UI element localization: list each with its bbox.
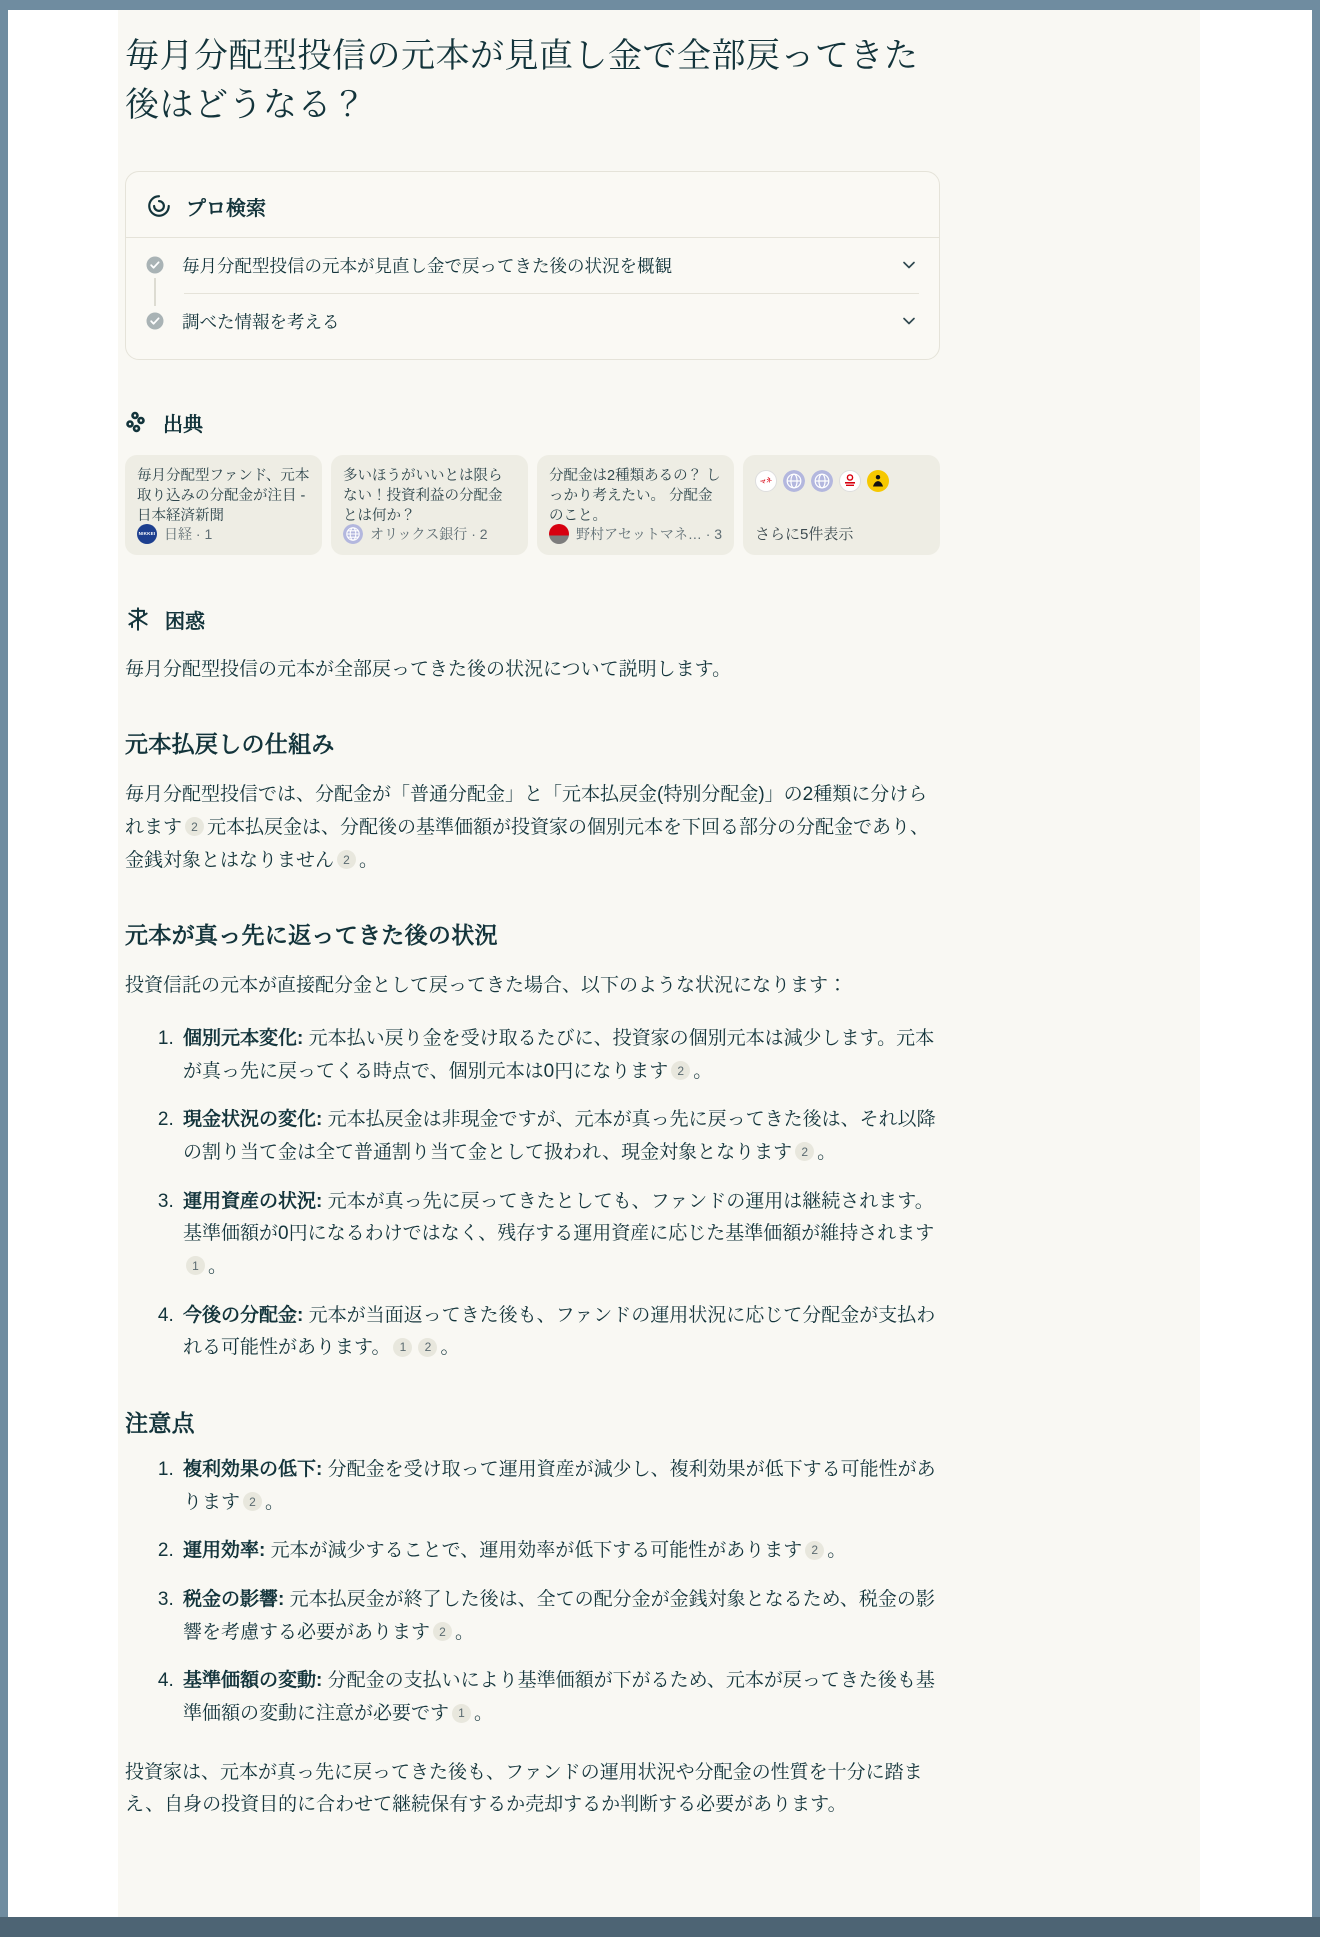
list-item: 複利効果の低下: 分配金を受け取って運用資産が減少し、複利効果が低下する可能性が… bbox=[179, 1454, 940, 1519]
list-item: 個別元本変化: 元本払い戻り金を受け取るたびに、投資家の個別元本は減少します。元… bbox=[179, 1023, 940, 1088]
browser-frame: 毎月分配型投信の元本が見直し金で全部戻ってきた後はどうなる？ プロ検索 bbox=[0, 0, 1320, 1937]
item-end: 。 bbox=[817, 1142, 836, 1163]
paragraph-text: 元本払戻金は、分配後の基準価額が投資家の個別元本を下回る部分の分配金であり、金銭… bbox=[125, 817, 929, 871]
more-sources-favicons: マネ bbox=[755, 470, 928, 492]
source-card-domain-label: 日経 · 1 bbox=[164, 524, 212, 544]
sources-section: 出典 毎月分配型ファンド、元本取り込みの分配金が注目 - 日本経済新聞 NIKK… bbox=[125, 408, 940, 555]
mufg-favicon bbox=[839, 470, 861, 492]
item-label: 今後の分配金: bbox=[183, 1305, 303, 1326]
citation-badge[interactable]: 2 bbox=[418, 1338, 437, 1357]
section-heading-mechanism: 元本払戻しの仕組み bbox=[125, 726, 940, 759]
sources-dots-icon bbox=[125, 410, 149, 434]
magazine-favicon: マネ bbox=[755, 470, 777, 492]
item-label: 税金の影響: bbox=[183, 1589, 284, 1610]
item-end: 。 bbox=[208, 1256, 227, 1277]
check-circle-icon bbox=[146, 256, 164, 274]
chevron-down-icon[interactable] bbox=[899, 311, 919, 331]
source-card-1[interactable]: 毎月分配型ファンド、元本取り込みの分配金が注目 - 日本経済新聞 NIKKEI … bbox=[125, 455, 322, 555]
answer-closing: 投資家は、元本が真っ先に戻ってきた後も、ファンドの運用状況や分配金の性質を十分に… bbox=[125, 1757, 940, 1822]
nikkei-favicon: NIKKEI bbox=[137, 524, 157, 544]
chevron-down-icon[interactable] bbox=[899, 255, 919, 275]
source-card-title: 毎月分配型ファンド、元本取り込みの分配金が注目 - 日本経済新聞 bbox=[137, 466, 310, 525]
citation-badge[interactable]: 1 bbox=[393, 1338, 412, 1357]
situation-list: 個別元本変化: 元本払い戻り金を受け取るたびに、投資家の個別元本は減少します。元… bbox=[125, 1023, 940, 1365]
left-gutter bbox=[8, 10, 118, 1917]
sources-header: 出典 bbox=[125, 408, 940, 437]
pro-search-step-label: 毎月分配型投信の元本が見直し金で戻ってきた後の状況を概観 bbox=[182, 253, 881, 278]
source-cards: 毎月分配型ファンド、元本取り込みの分配金が注目 - 日本経済新聞 NIKKEI … bbox=[125, 455, 940, 555]
pro-search-header: プロ検索 bbox=[146, 190, 919, 237]
list-item: 今後の分配金: 元本が当面返ってきた後も、ファンドの運用状況に応じて分配金が支払… bbox=[179, 1300, 940, 1365]
list-item: 運用資産の状況: 元本が真っ先に戻ってきたとしても、ファンドの運用は継続されます… bbox=[179, 1186, 940, 1284]
source-card-domain: オリックス銀行 · 2 bbox=[343, 524, 516, 544]
mechanism-paragraph: 毎月分配型投信では、分配金が「普通分配金」と「元本払戻金(特別分配金)」の2種類… bbox=[125, 779, 940, 877]
source-card-2[interactable]: 多いほうがいいとは限らない！投資利益の分配金とは何か？ bbox=[331, 455, 528, 555]
item-end: 。 bbox=[474, 1703, 493, 1724]
pro-search-step-2[interactable]: 調べた情報を考える bbox=[146, 294, 919, 349]
list-item: 運用効率: 元本が減少することで、運用効率が低下する可能性があります2。 bbox=[179, 1535, 940, 1568]
page: 毎月分配型投信の元本が見直し金で全部戻ってきた後はどうなる？ プロ検索 bbox=[8, 10, 1312, 1917]
source-card-title: 多いほうがいいとは限らない！投資利益の分配金とは何か？ bbox=[343, 466, 516, 525]
citation-badge[interactable]: 2 bbox=[795, 1142, 814, 1161]
pro-search-label: プロ検索 bbox=[186, 192, 266, 221]
answer-intro: 毎月分配型投信の元本が全部戻ってきた後の状況について説明します。 bbox=[125, 654, 940, 687]
section-heading-situation: 元本が真っ先に返ってきた後の状況 bbox=[125, 917, 940, 950]
cautions-list: 複利効果の低下: 分配金を受け取って運用資産が減少し、複利効果が低下する可能性が… bbox=[125, 1454, 940, 1731]
sources-heading: 出典 bbox=[163, 408, 203, 437]
main-content: 毎月分配型投信の元本が見直し金で全部戻ってきた後はどうなる？ プロ検索 bbox=[118, 10, 1200, 1917]
pro-search-step-1[interactable]: 毎月分配型投信の元本が見直し金で戻ってきた後の状況を概観 bbox=[146, 238, 919, 293]
citation-badge[interactable]: 2 bbox=[805, 1541, 824, 1560]
list-item: 現金状況の変化: 元本払戻金は非現金ですが、元本が真っ先に戻ってきた後は、それ以… bbox=[179, 1104, 940, 1169]
item-label: 複利効果の低下: bbox=[183, 1459, 322, 1480]
page-title: 毎月分配型投信の元本が見直し金で全部戻ってきた後はどうなる？ bbox=[125, 32, 940, 131]
source-card-domain: 野村アセットマネ… · 3 bbox=[549, 524, 722, 544]
item-text: 元本が減少することで、運用効率が低下する可能性があります bbox=[265, 1540, 802, 1561]
pro-search-swirl-icon bbox=[146, 193, 172, 219]
globe-favicon bbox=[811, 470, 833, 492]
situation-intro: 投資信託の元本が直接配分金として戻ってきた場合、以下のような状況になります： bbox=[125, 970, 940, 1003]
item-end: 。 bbox=[693, 1061, 712, 1082]
source-card-3[interactable]: 分配金は2種類あるの？ しっかり考えたい。 分配金のこと。 野村アセットマネ… … bbox=[537, 455, 734, 555]
citation-badge[interactable]: 1 bbox=[186, 1256, 205, 1275]
item-label: 運用効率: bbox=[183, 1540, 265, 1561]
answer-section: 困惑 毎月分配型投信の元本が全部戻ってきた後の状況について説明します。 元本払戻… bbox=[125, 605, 940, 1822]
section-heading-cautions: 注意点 bbox=[125, 1405, 940, 1438]
item-end: 。 bbox=[827, 1540, 846, 1561]
model-label: 困惑 bbox=[165, 605, 205, 634]
item-end: 。 bbox=[265, 1492, 284, 1513]
perplexity-logo-icon bbox=[125, 606, 151, 632]
citation-badge[interactable]: 2 bbox=[671, 1061, 690, 1080]
yellow-emblem-favicon bbox=[867, 470, 889, 492]
list-item: 税金の影響: 元本払戻金が終了した後は、全ての配分金が金銭対象となるため、税金の… bbox=[179, 1584, 940, 1649]
source-card-domain-label: オリックス銀行 · 2 bbox=[370, 524, 488, 544]
bottom-frame-strip bbox=[0, 1917, 1320, 1937]
citation-badge[interactable]: 2 bbox=[337, 850, 356, 869]
citation-badge[interactable]: 2 bbox=[433, 1622, 452, 1641]
more-sources-card[interactable]: マネ bbox=[743, 455, 940, 555]
globe-favicon bbox=[343, 524, 363, 544]
paragraph-text: 。 bbox=[359, 850, 378, 871]
check-circle-icon bbox=[146, 312, 164, 330]
item-text: 元本払戻金が終了した後は、全ての配分金が金銭対象となるため、税金の影響を考慮する… bbox=[183, 1589, 935, 1643]
citation-badge[interactable]: 2 bbox=[243, 1492, 262, 1511]
source-card-domain: NIKKEI 日経 · 1 bbox=[137, 524, 310, 544]
pro-search-panel: プロ検索 毎月分配型投信の元本が見直し金で戻ってきた後の状況を概観 bbox=[125, 171, 940, 360]
citation-badge[interactable]: 2 bbox=[185, 817, 204, 836]
more-sources-label: さらに5件表示 bbox=[755, 523, 928, 544]
item-end: 。 bbox=[455, 1622, 474, 1643]
citation-badge[interactable]: 1 bbox=[452, 1704, 471, 1723]
globe-favicon bbox=[783, 470, 805, 492]
source-card-title: 分配金は2種類あるの？ しっかり考えたい。 分配金のこと。 bbox=[549, 466, 722, 525]
item-label: 個別元本変化: bbox=[183, 1028, 303, 1049]
item-end: 。 bbox=[440, 1337, 459, 1358]
item-label: 現金状況の変化: bbox=[183, 1109, 322, 1130]
item-label: 運用資産の状況: bbox=[183, 1191, 322, 1212]
nomura-favicon bbox=[549, 524, 569, 544]
list-item: 基準価額の変動: 分配金の支払いにより基準価額が下がるため、元本が戻ってきた後も… bbox=[179, 1665, 940, 1730]
answer-header: 困惑 bbox=[125, 605, 940, 634]
item-label: 基準価額の変動: bbox=[183, 1670, 322, 1691]
pro-search-step-label: 調べた情報を考える bbox=[182, 309, 881, 334]
right-gutter bbox=[1200, 10, 1312, 1917]
source-card-domain-label: 野村アセットマネ… · 3 bbox=[576, 524, 722, 544]
